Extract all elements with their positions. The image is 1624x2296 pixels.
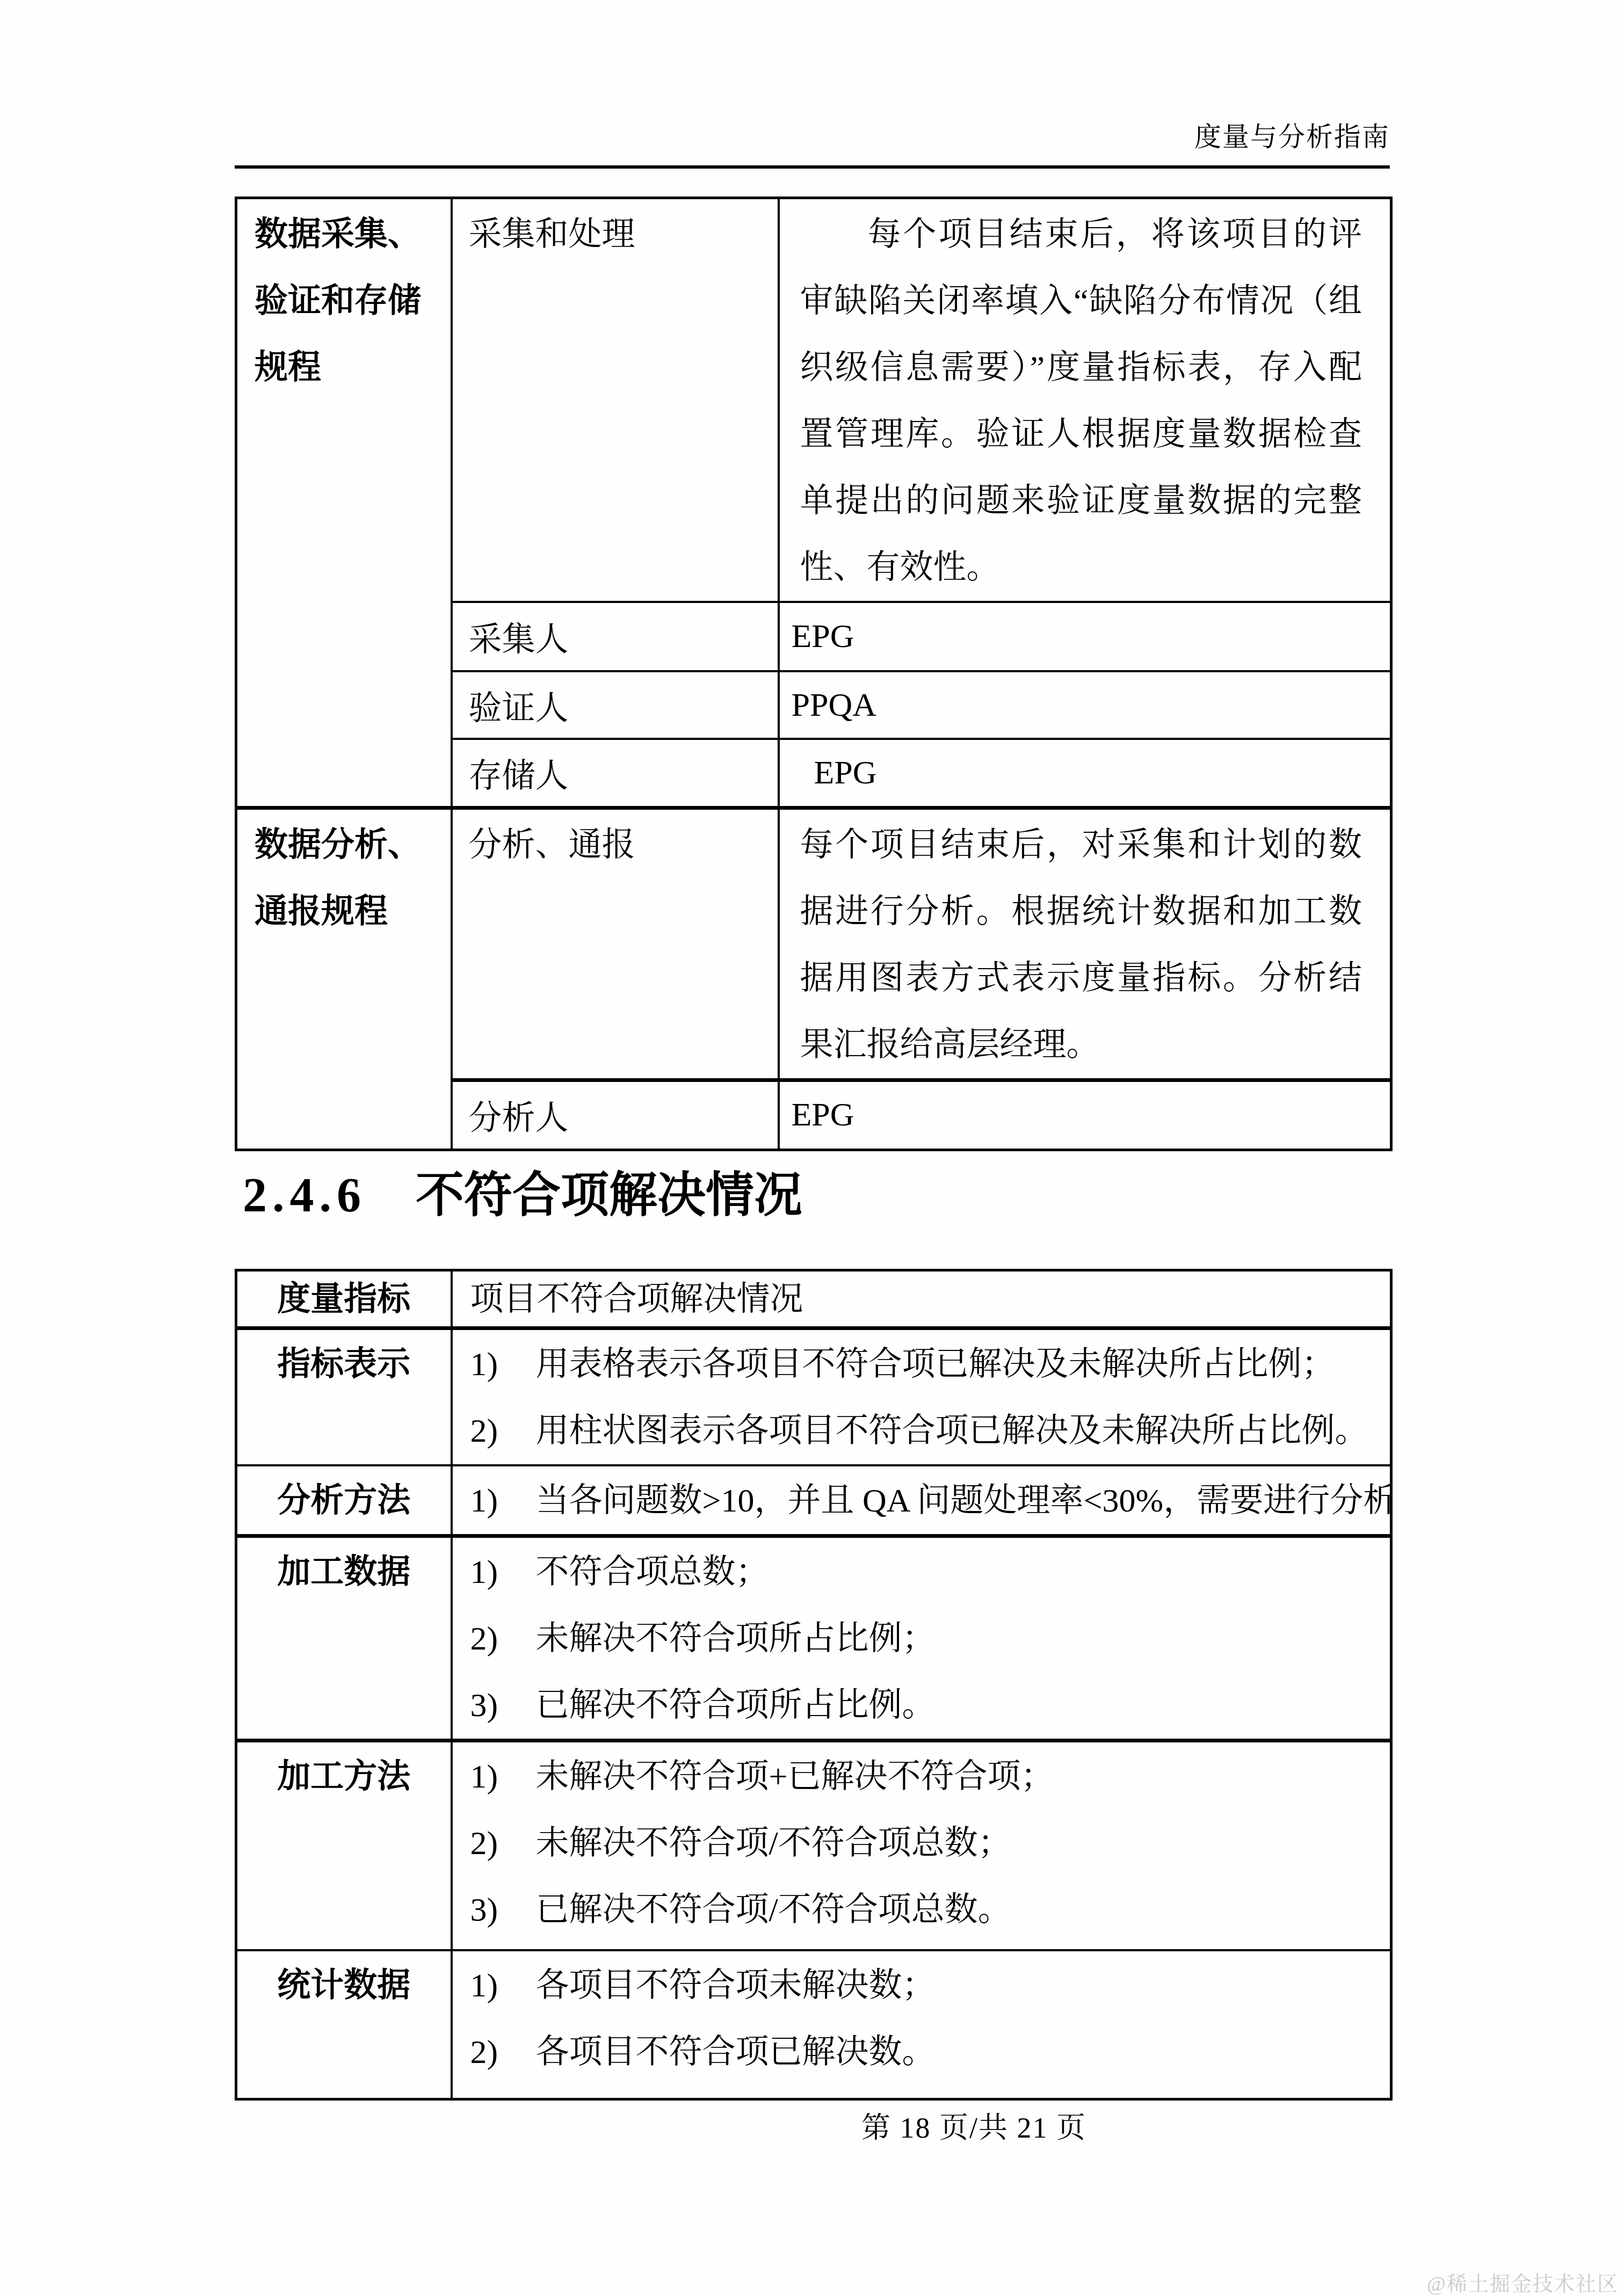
role-value-collector: EPG [779,602,1391,671]
role-label-verifier: 验证人 [452,671,779,739]
list-item-number: 1) [470,1952,536,2019]
list-item: 2) 各项目不符合项已解决数。 [470,2019,1385,2086]
list-item-text: 当各问题数>10，并且 QA 问题处理率<30%，需要进行分析 [536,1467,1391,1534]
role-label-storer: 存储人 [452,739,779,808]
processing-method-label: 加工方法 [236,1741,452,1950]
indicator-display-label: 指标表示 [236,1328,452,1466]
list-item-number: 3) [470,1672,536,1739]
list-item-text: 各项目不符合项已解决数。 [536,2019,1385,2086]
list-item-number: 2) [470,1398,536,1464]
list-item-number: 1) [470,1743,536,1810]
sub-label-collect-process: 采集和处理 [452,198,779,602]
processed-data-label: 加工数据 [236,1536,452,1741]
list-item-number: 3) [470,1877,536,1943]
list-item-text: 未解决不符合项所占比例； [536,1605,1385,1672]
sub-label-analysis-report: 分析、通报 [452,808,779,1080]
statistics-data-label: 统计数据 [236,1950,452,2099]
section-number: 2.4.6 [243,1169,366,1222]
list-item-number: 2) [470,2019,536,2086]
procedure-table: 数据采集、验证和存储规程 采集和处理 每个项目结束后，将该项目的评审缺陷关闭率填… [235,197,1393,1151]
analysis-method-label: 分析方法 [236,1465,452,1536]
list-item: 1) 各项目不符合项未解决数； [470,1952,1385,2019]
processed-data-list: 1) 不符合项总数； 2) 未解决不符合项所占比例； 3) 已解决不符合项所占比… [452,1536,1391,1741]
list-item-text: 未解决不符合项/不符合项总数； [536,1810,1385,1877]
collect-process-text: 每个项目结束后，将该项目的评审缺陷关闭率填入“缺陷分布情况（组织级信息需要）”度… [779,198,1391,602]
list-item-text: 用表格表示各项目不符合项已解决及未解决所占比例； [536,1331,1385,1398]
list-item-text: 用柱状图表示各项目不符合项已解决及未解决所占比例。 [536,1398,1385,1464]
role-value-storer: EPG [779,739,1391,808]
list-item: 2) 未解决不符合项/不符合项总数； [470,1810,1385,1877]
list-item-text: 各项目不符合项未解决数； [536,1952,1385,2019]
list-item: 1) 不符合项总数； [470,1539,1385,1605]
list-item: 3) 已解决不符合项所占比例。 [470,1672,1385,1739]
watermark: @稀土掘金技术社区 [1427,2267,1619,2296]
section-heading: 2.4.6不符合项解决情况 [243,1164,802,1227]
processing-method-list: 1) 未解决不符合项+已解决不符合项； 2) 未解决不符合项/不符合项总数； 3… [452,1741,1391,1950]
statistics-data-list: 1) 各项目不符合项未解决数； 2) 各项目不符合项已解决数。 [452,1950,1391,2099]
header-rule [235,165,1390,169]
list-item-text: 已解决不符合项/不符合项总数。 [536,1877,1385,1943]
list-item: 2) 用柱状图表示各项目不符合项已解决及未解决所占比例。 [470,1398,1385,1464]
list-item: 3) 已解决不符合项/不符合项总数。 [470,1877,1385,1943]
list-item-text: 已解决不符合项所占比例。 [536,1672,1385,1739]
list-item-number: 1) [470,1539,536,1605]
role-value-verifier: PPQA [779,671,1391,739]
indicator-display-list: 1) 用表格表示各项目不符合项已解决及未解决所占比例； 2) 用柱状图表示各项目… [452,1328,1391,1466]
metric-label: 度量指标 [236,1270,452,1328]
analysis-method-list: 1) 当各问题数>10，并且 QA 问题处理率<30%，需要进行分析 [452,1465,1391,1536]
list-item-number: 2) [470,1605,536,1672]
page-header-title: 度量与分析指南 [1194,118,1390,156]
role-label-collector: 采集人 [452,602,779,671]
list-item: 1) 用表格表示各项目不符合项已解决及未解决所占比例； [470,1331,1385,1398]
analysis-report-text: 每个项目结束后，对采集和计划的数据进行分析。根据统计数据和加工数据用图表方式表示… [779,808,1391,1080]
group-label-analysis-report: 数据分析、通报规程 [236,808,452,1150]
list-item-text: 未解决不符合项+已解决不符合项； [536,1743,1385,1810]
page-number: 第 18 页/共 21 页 [861,2109,1086,2147]
list-item-number: 2) [470,1810,536,1877]
section-title: 不符合项解决情况 [416,1169,802,1222]
list-item: 1) 未解决不符合项+已解决不符合项； [470,1743,1385,1810]
role-label-analyst: 分析人 [452,1080,779,1150]
metric-table: 度量指标 项目不符合项解决情况 指标表示 1) 用表格表示各项目不符合项已解决及… [235,1269,1393,2101]
metric-value: 项目不符合项解决情况 [452,1270,1391,1328]
role-value-analyst: EPG [779,1080,1391,1150]
document-page: 度量与分析指南 数据采集、验证和存储规程 采集和处理 每个项目结束后，将该项目的… [0,0,1624,2296]
list-item-number: 1) [470,1467,536,1534]
list-item: 2) 未解决不符合项所占比例； [470,1605,1385,1672]
list-item-text: 不符合项总数； [536,1539,1385,1605]
group-label-collection-storage: 数据采集、验证和存储规程 [236,198,452,808]
list-item-number: 1) [470,1331,536,1398]
list-item: 1) 当各问题数>10，并且 QA 问题处理率<30%，需要进行分析 [470,1467,1385,1534]
